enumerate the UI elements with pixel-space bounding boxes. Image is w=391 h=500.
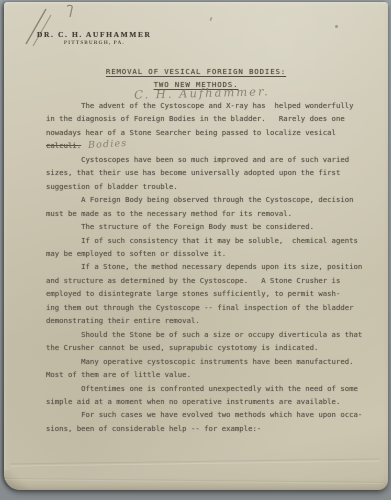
paragraph: Should the Stone be of such a size or oc…	[46, 328, 366, 355]
struck-word: calculi.	[46, 141, 81, 150]
paper-crease	[10, 458, 380, 466]
paragraph: The structure of the Foreign Body must b…	[46, 220, 366, 233]
paper-speck	[209, 17, 212, 21]
paragraph: Many operative cystoscopic instruments h…	[46, 355, 366, 382]
document-title-line1: REMOVAL OF VESICAL FOREIGN BODIES:	[4, 65, 388, 78]
paragraph: For such cases we have evolved two metho…	[46, 408, 366, 435]
handwritten-correction: Bodies	[88, 137, 128, 153]
paragraph: If a Stone, the method necessary depends…	[46, 260, 366, 327]
document-body: The advent of the Cystoscope and X-ray h…	[46, 99, 366, 435]
paragraph: If of such consistency that it may be so…	[46, 234, 366, 261]
letterhead: DR. C. H. AUFHAMMER PITTSBURGH, PA.	[37, 30, 152, 46]
paper-corner-fold	[4, 470, 38, 490]
paragraph-last-line: calculi.Bodies	[46, 139, 366, 152]
paper-crease	[4, 478, 384, 484]
paragraph: A Foreign Body being observed through th…	[46, 193, 366, 220]
letterhead-location: PITTSBURGH, PA.	[37, 40, 152, 46]
photo-background: DR. C. H. AUFHAMMER PITTSBURGH, PA. REMO…	[0, 0, 391, 500]
paragraph: The advent of the Cystoscope and X-ray h…	[46, 99, 366, 139]
letterhead-name: DR. C. H. AUFHAMMER	[37, 30, 152, 39]
document-page: DR. C. H. AUFHAMMER PITTSBURGH, PA. REMO…	[4, 2, 388, 490]
pencil-tick-icon	[67, 5, 72, 17]
paragraph: Oftentimes one is confronted unexpectedl…	[46, 382, 366, 409]
paper-speck	[335, 25, 338, 28]
paragraph: Cystoscopes have been so much improved a…	[46, 153, 366, 193]
